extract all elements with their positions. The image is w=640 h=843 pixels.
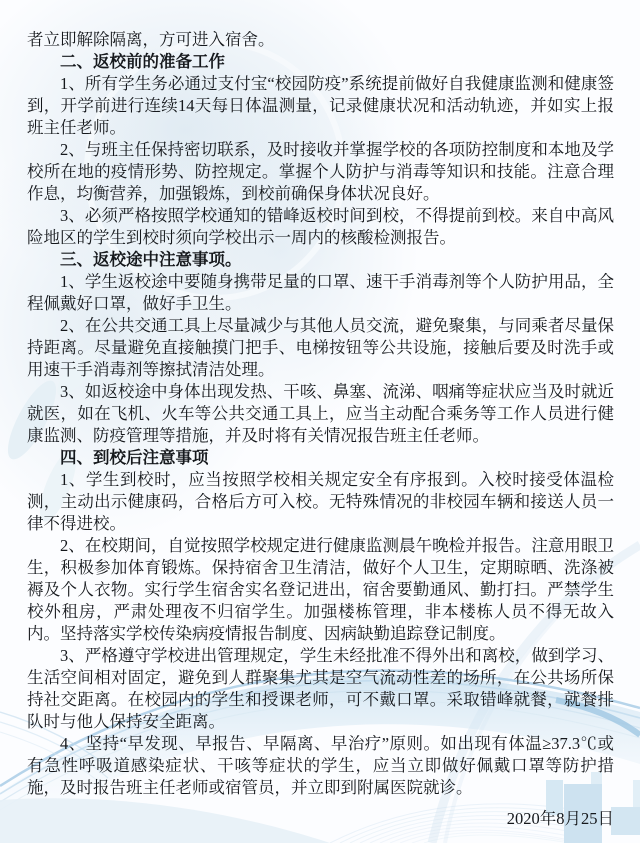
paragraph: 1、学生到校时，应当按照学校相关规定安全有序报到。入校时接受体温检测，主动出示健…: [27, 469, 614, 535]
section-heading-2: 二、返校前的准备工作: [27, 51, 614, 73]
notice-document: 者立即解除隔离，方可进入宿舍。 二、返校前的准备工作 1、所有学生务必通过支付宝…: [27, 29, 614, 830]
paragraph-continuation: 者立即解除隔离，方可进入宿舍。: [27, 29, 614, 51]
paragraph: 3、如返校途中身体出现发热、干咳、鼻塞、流涕、咽痛等症状应当及时就近就医，如在飞…: [27, 381, 614, 447]
paragraph: 1、所有学生务必通过支付宝“校园防疫”系统提前做好自我健康监测和健康签到，开学前…: [27, 73, 614, 139]
section-heading-3: 三、返校途中注意事项。: [27, 249, 614, 271]
paragraph: 3、必须严格按照学校通知的错峰返校时间到校，不得提前到校。来自中高风险地区的学生…: [27, 205, 614, 249]
paragraph: 2、在公共交通工具上尽量减少与其他人员交流，避免聚集，与同乘者尽量保持距离。尽量…: [27, 315, 614, 381]
section-heading-4: 四、到校后注意事项: [27, 447, 614, 469]
paragraph: 2、与班主任保持密切联系，及时接收并掌握学校的各项防控制度和本地及学校所在地的疫…: [27, 139, 614, 205]
paragraph: 3、严格遵守学校进出管理规定，学生未经批准不得外出和离校，做到学习、生活空间相对…: [27, 645, 614, 733]
document-date: 2020年8月25日: [27, 808, 614, 830]
paragraph: 2、在校期间，自觉按照学校规定进行健康监测晨午晚检并报告。注意用眼卫生，积极参加…: [27, 535, 614, 645]
paragraph: 4、坚持“早发现、早报告、早隔离、早治疗”原则。如出现有体温≥37.3℃或有急性…: [27, 733, 614, 799]
paragraph: 1、学生返校途中要随身携带足量的口罩、速干手消毒剂等个人防护用品，全程佩戴好口罩…: [27, 271, 614, 315]
